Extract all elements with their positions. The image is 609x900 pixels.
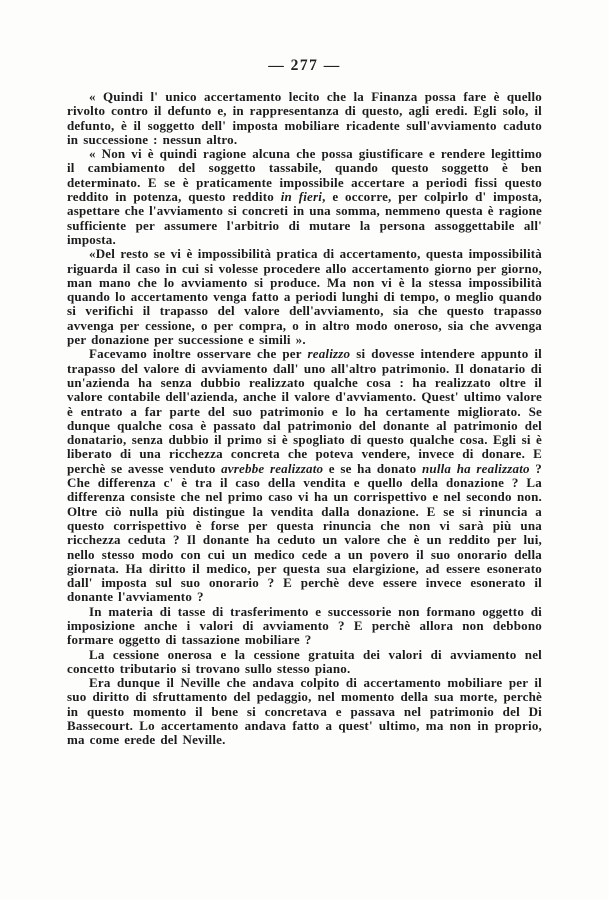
italic-text-run: realizzo (307, 346, 350, 361)
text-run: e se ha donato (323, 461, 422, 476)
text-run: La cessione onerosa e la cessione gratui… (67, 647, 542, 676)
scanned-book-page: — 277 — « Quindi l' unico accertamento l… (0, 0, 609, 900)
text-run: si dovesse intendere appunto il trapasso… (67, 346, 542, 475)
text-run: « Quindi l' unico accertamento lecito ch… (67, 89, 542, 147)
italic-text-run: in fieri (281, 189, 322, 204)
paragraph: Era dunque il Neville che andava colpito… (67, 676, 542, 747)
italic-text-run: avrebbe realizzato (221, 461, 323, 476)
paragraph: « Non vi è quindi ragione alcuna che pos… (67, 147, 542, 247)
text-run: In materia di tasse di trasferimento e s… (67, 604, 542, 648)
paragraph: Facevamo inoltre osservare che per reali… (67, 347, 542, 604)
page-number: — 277 — (0, 57, 609, 75)
paragraph: In materia di tasse di trasferimento e s… (67, 605, 542, 648)
text-run: Era dunque il Neville che andava colpito… (67, 675, 542, 747)
paragraph: La cessione onerosa e la cessione gratui… (67, 648, 542, 677)
paragraph: « Quindi l' unico accertamento lecito ch… (67, 90, 542, 147)
paragraph: «Del resto se vi è impossibilità pratica… (67, 247, 542, 347)
text-run: «Del resto se vi è impossibilità pratica… (67, 246, 542, 347)
text-run: ? Che differenza c' è tra il caso della … (67, 461, 542, 605)
italic-text-run: nulla ha realizzato (422, 461, 530, 476)
text-run: Facevamo inoltre osservare che per (89, 346, 307, 361)
body-text: « Quindi l' unico accertamento lecito ch… (67, 90, 542, 748)
